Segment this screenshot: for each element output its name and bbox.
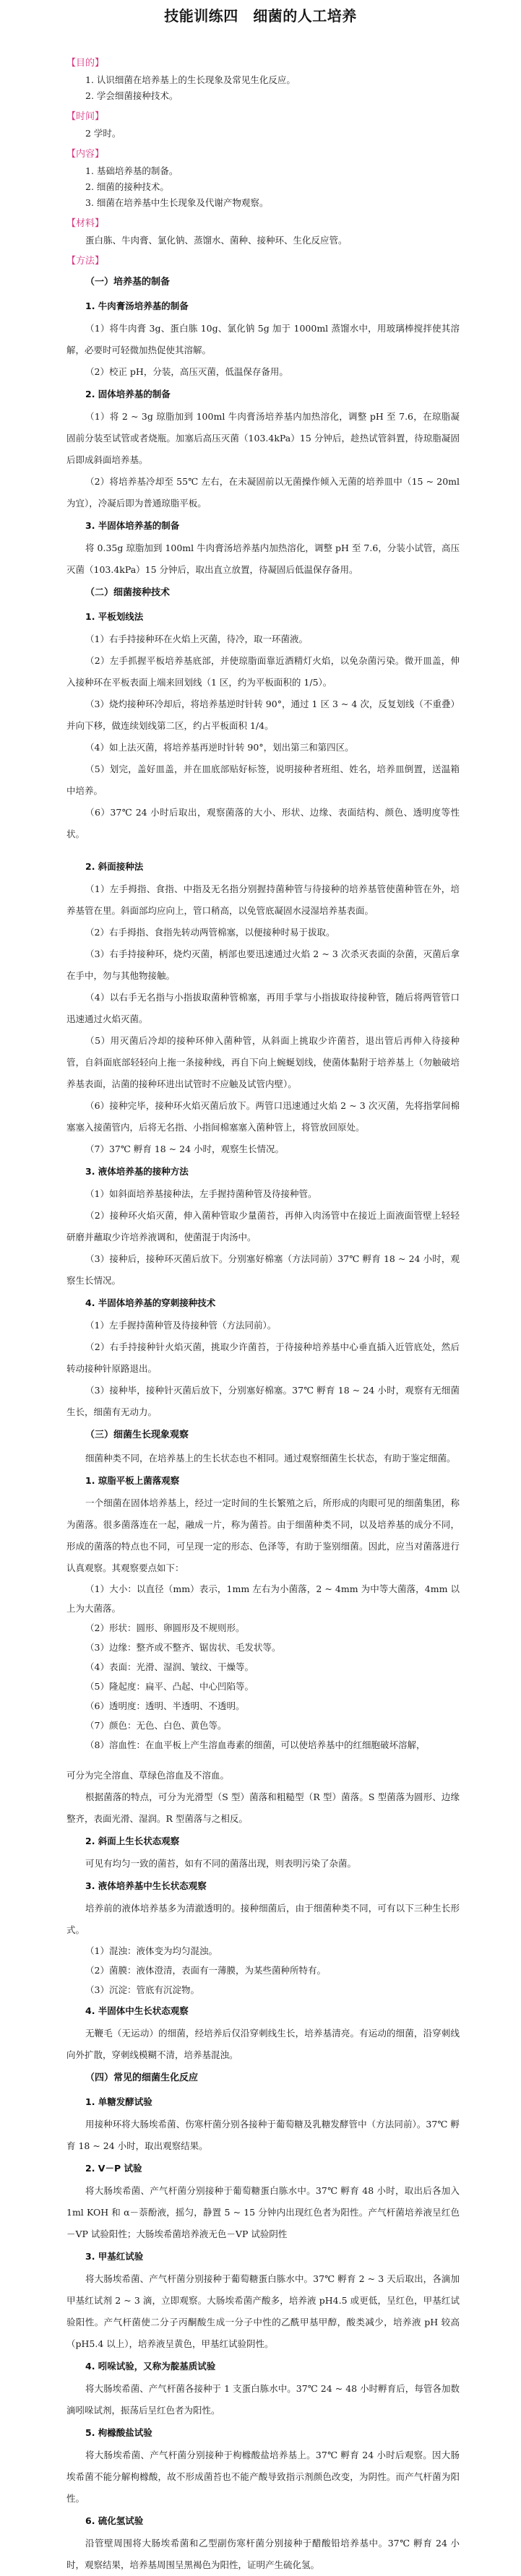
subheading-liquid-inoculation: 3. 液体培养基的接种方法 — [66, 1160, 460, 1183]
step-paragraph: （5）划完，盖好皿盖，并在皿底部贴好标签，说明接种者班组、姓名，培养皿倒置，送温… — [66, 758, 460, 802]
part-heading-growth-observation: （三）细菌生长现象观察 — [66, 1423, 460, 1448]
subheading-indole-test: 4. 吲哚试验，又称为靛基质试验 — [66, 2355, 460, 2378]
objective-item: 1. 认识细菌在培养基上的生长现象及常见生化反应。 — [66, 72, 460, 88]
observation-point: （5）隆起度：扁平、凸起、中心凹陷等。 — [66, 1677, 460, 1696]
subheading-vp-test: 2. V－P 试验 — [66, 2157, 460, 2180]
content-item: 1. 基础培养基的制备。 — [66, 163, 460, 179]
step-paragraph: （6）接种完毕，接种环火焰灭菌后放下。两管口迅速通过火焰 2 ~ 3 次灭菌，先… — [66, 1095, 460, 1138]
growth-form: （3）沉淀：管底有沉淀物。 — [66, 1980, 460, 2000]
subheading-streak-plate: 1. 平板划线法 — [66, 605, 460, 628]
time-section: 【时间】 2 学时。 — [66, 108, 460, 142]
time-heading: 【时间】 — [66, 108, 460, 126]
subheading-semisolid-observation: 4. 半固体中生长状态观察 — [66, 2000, 460, 2023]
step-paragraph: （2）将培养基冷却至 55℃ 左右，在未凝固前以无菌操作倾入无菌的培养皿中（15… — [66, 471, 460, 514]
test-paragraph: 用接种环将大肠埃希菌、伤寒杆菌分别各接种于葡萄糖及乳糖发酵管中（方法同前）。37… — [66, 2114, 460, 2157]
step-paragraph: （2）右手拇指、食指先转动两管棉塞，以便接种时易于拔取。 — [66, 922, 460, 943]
step-paragraph: （1）将牛肉膏 3g、蛋白胨 10g、氯化钠 5g 加于 1000ml 蒸馏水中… — [66, 318, 460, 361]
content-heading: 【内容】 — [66, 146, 460, 163]
objective-item: 2. 学会细菌接种技术。 — [66, 88, 460, 104]
observation-point: （1）大小：以直径（mm）表示，1mm 左右为小菌落，2 ~ 4mm 为中等大菌… — [66, 1579, 460, 1618]
document-page: 技能训练四 细菌的人工培养 【目的】 1. 认识细菌在培养基上的生长现象及常见生… — [0, 0, 521, 2576]
colony-types-paragraph: 根据菌落的特点，可分为光滑型（S 型）菌落和粗糙型（R 型）菌落。S 型菌落为圆… — [66, 1786, 460, 1830]
step-paragraph: （3）右手持接种环，烧灼灭菌，柄部也要迅速通过火焰 2 ~ 3 次杀灭表面的杂菌… — [66, 943, 460, 987]
subheading-semisolid-medium: 3. 半固体培养基的制备 — [66, 514, 460, 537]
intro-paragraph: 一个细菌在固体培养基上，经过一定时间的生长繁殖之后，所形成的肉眼可见的细菌集团，… — [66, 1492, 460, 1579]
materials-heading: 【材料】 — [66, 215, 460, 233]
step-paragraph: （2）校正 pH，分装，高压灭菌，低温保存备用。 — [66, 361, 460, 383]
page-title: 技能训练四 细菌的人工培养 — [0, 0, 521, 36]
test-paragraph: 沿管壁周围将大肠埃希菌和乙型副伤寒杆菌分别接种于醋酸铅培养基中。37℃ 孵育 2… — [66, 2533, 460, 2576]
step-paragraph: （3）烧灼接种环冷却后，将培养基逆时针转 90°，通过 1 区 3 ~ 4 次，… — [66, 693, 460, 737]
subheading-stab-inoculation: 4. 半固体培养基的穿刺接种技术 — [66, 1292, 460, 1315]
observation-point: （7）颜色：无色、白色、黄色等。 — [66, 1716, 460, 1735]
observation-text: 可见有均匀一致的菌苔，如有不同的菌落出现，则表明污染了杂菌。 — [66, 1853, 460, 1875]
step-paragraph: （6）37℃ 24 小时后取出，观察菌落的大小、形状、边缘、表面结构、颜色、透明… — [66, 802, 460, 845]
test-paragraph: 将大肠埃希菌、产气杆菌各接种于 1 支蛋白胨水中。37℃ 24 ~ 48 小时孵… — [66, 2378, 460, 2421]
observation-point: （3）边缘：整齐或不整齐、锯齿状、毛发状等。 — [66, 1638, 460, 1657]
step-paragraph: （5）用灭菌后冷却的接种环伸入菌种管，从斜面上挑取少许菌苔，退出管后再伸入待接种… — [66, 1030, 460, 1095]
materials-section: 【材料】 蛋白胨、牛肉膏、氯化钠、蒸馏水、菌种、接种环、生化反应管。 — [66, 215, 460, 248]
step-paragraph: （4）如上法灭菌，将培养基再逆时针转 90°，划出第三和第四区。 — [66, 737, 460, 758]
content-section: 【内容】 1. 基础培养基的制备。 2. 细菌的接种技术。 3. 细菌在培养基中… — [66, 146, 460, 211]
content-item: 3. 细菌在培养基中生长现象及代谢产物观察。 — [66, 195, 460, 211]
part-heading-media-preparation: （一）培养基的制备 — [66, 270, 460, 295]
subheading-sugar-fermentation: 1. 单糖发酵试验 — [66, 2091, 460, 2114]
observation-point: （8）溶血性：在血平板上产生溶血毒素的细菌，可以使培养基中的红细胞破坏溶解， — [66, 1735, 460, 1755]
step-paragraph: （2）接种环火焰灭菌，伸入菌种管取少量菌苔，再伸入肉汤管中在接近上面液面管壁上轻… — [66, 1205, 460, 1248]
step-paragraph: （4）以右手无名指与小指拔取菌种管棉塞，再用手掌与小指拔取待接种管，随后将两管管… — [66, 987, 460, 1030]
subheading-h2s-test: 6. 硫化氢试验 — [66, 2510, 460, 2533]
step-paragraph: （2）左手抓握平板培养基底部，并使琼脂面靠近酒精灯火焰，以免杂菌污染。微开皿盖，… — [66, 650, 460, 693]
part-heading-biochemical-reactions: （四）常见的细菌生化反应 — [66, 2066, 460, 2091]
observation-point: （2）形状：圆形、卵圆形及不规则形。 — [66, 1618, 460, 1638]
test-paragraph: 将大肠埃希菌、产气杆菌分别接种于葡萄糖蛋白胨水中。37℃ 孵育 48 小时，取出… — [66, 2180, 460, 2245]
step-paragraph: 将 0.35g 琼脂加到 100ml 牛肉膏汤培养基内加热溶化，调整 pH 至 … — [66, 537, 460, 581]
subheading-solid-medium: 2. 固体培养基的制备 — [66, 383, 460, 406]
growth-form: （2）菌膜：液体澄清，表面有一薄膜，为某些菌种所特有。 — [66, 1961, 460, 1980]
step-paragraph: （2）右手持接种针火焰灭菌，挑取少许菌苔，于待接种培养基中心垂直插入近管底处，然… — [66, 1336, 460, 1380]
subheading-beef-broth: 1. 牛肉膏汤培养基的制备 — [66, 295, 460, 318]
hemolysis-continuation: 可分为完全溶血、草绿色溶血及不溶血。 — [66, 1765, 460, 1786]
step-paragraph: （1）左手拇指、食指、中指及无名指分别握持菌种管与待接种的培养基管使菌种管在外，… — [66, 878, 460, 922]
step-paragraph: （3）接种后，接种环灭菌后放下。分别塞好棉塞（方法同前）37℃ 孵育 18 ~ … — [66, 1248, 460, 1292]
content-item: 2. 细菌的接种技术。 — [66, 179, 460, 195]
time-text: 2 学时。 — [66, 126, 460, 142]
document-body: 【目的】 1. 认识细菌在培养基上的生长现象及常见生化反应。 2. 学会细菌接种… — [0, 36, 521, 2576]
subheading-methyl-red-test: 3. 甲基红试验 — [66, 2245, 460, 2268]
test-paragraph: 将大肠埃希菌、产气杆菌分别接种于枸橼酸盐培养基上。37℃ 孵育 24 小时后观察… — [66, 2445, 460, 2510]
methods-section: 【方法】 （一）培养基的制备 1. 牛肉膏汤培养基的制备 （1）将牛肉膏 3g、… — [66, 253, 460, 2576]
step-paragraph: （1）如斜面培养基接种法，左手握持菌种管及待接种管。 — [66, 1183, 460, 1205]
observation-text: 无鞭毛（无运动）的细菌，经培养后仅沿穿刺线生长，培养基清亮。有运动的细菌，沿穿刺… — [66, 2023, 460, 2066]
subheading-liquid-observation: 3. 液体培养基中生长状态观察 — [66, 1875, 460, 1898]
step-paragraph: （1）右手持接种环在火焰上灭菌，待冷，取一环菌液。 — [66, 628, 460, 650]
step-paragraph: （1）将 2 ~ 3g 琼脂加到 100ml 牛肉膏汤培养基内加热溶化，调整 p… — [66, 406, 460, 471]
subheading-colony-observation: 1. 琼脂平板上菌落观察 — [66, 1469, 460, 1492]
step-paragraph: （7）37℃ 孵育 18 ~ 24 小时，观察生长情况。 — [66, 1138, 460, 1160]
part-heading-inoculation: （二）细菌接种技术 — [66, 581, 460, 605]
methods-heading: 【方法】 — [66, 253, 460, 270]
objective-section: 【目的】 1. 认识细菌在培养基上的生长现象及常见生化反应。 2. 学会细菌接种… — [66, 55, 460, 104]
step-paragraph: （3）接种毕，接种针灭菌后放下，分别塞好棉塞。37℃ 孵育 18 ~ 24 小时… — [66, 1380, 460, 1423]
materials-text: 蛋白胨、牛肉膏、氯化钠、蒸馏水、菌种、接种环、生化反应管。 — [66, 233, 460, 248]
intro-paragraph: 细菌种类不同，在培养基上的生长状态也不相同。通过观察细菌生长状态，有助于鉴定细菌… — [66, 1448, 460, 1469]
test-paragraph: 将大肠埃希菌、产气杆菌分别接种于葡萄糖蛋白胨水中。37℃ 孵育 2 ~ 3 天后… — [66, 2268, 460, 2355]
observation-point: （6）透明度：透明、半透明、不透明。 — [66, 1696, 460, 1716]
growth-form: （1）混浊：液体变为均匀混浊。 — [66, 1941, 460, 1961]
observation-point: （4）表面：光滑、湿润、皱纹、干燥等。 — [66, 1657, 460, 1677]
subheading-citrate-test: 5. 枸橼酸盐试验 — [66, 2421, 460, 2445]
intro-paragraph: 培养前的液体培养基多为清澈透明的。接种细菌后，由于细菌种类不同，可有以下三种生长… — [66, 1898, 460, 1941]
step-paragraph: （1）左手握持菌种管及待接种管（方法同前）。 — [66, 1315, 460, 1336]
subheading-slant-observation: 2. 斜面上生长状态观察 — [66, 1830, 460, 1853]
subheading-slant-inoculation: 2. 斜面接种法 — [66, 855, 460, 878]
objective-heading: 【目的】 — [66, 55, 460, 72]
